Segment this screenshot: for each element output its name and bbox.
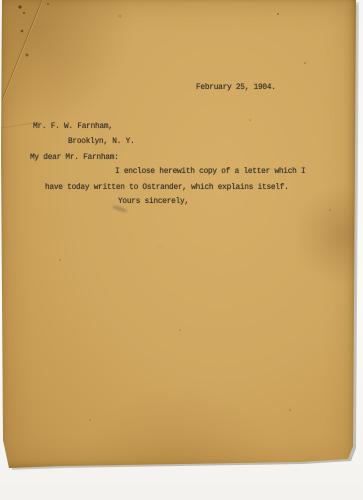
scanned-letter-page: February 25, 1904. Mr. F. W. Farnham, Br… — [0, 0, 363, 500]
salutation: My dear Mr. Farnham: — [30, 154, 119, 162]
paper-texture — [0, 0, 357, 469]
body-line-1: I enclose herewith copy of a letter whic… — [115, 168, 305, 176]
paper-crease — [2, 0, 42, 100]
letter-paper: February 25, 1904. Mr. F. W. Farnham, Br… — [0, 0, 357, 469]
closing: Yours sincerely, — [118, 198, 189, 206]
body-line-2: have today written to Ostrander, which e… — [45, 184, 289, 192]
paper-crease-highlight — [3, 0, 43, 100]
recipient-city: Brooklyn, N. Y. — [68, 138, 134, 146]
paper-speckles — [18, 3, 330, 421]
date-line: February 25, 1904. — [196, 84, 276, 92]
recipient-name: Mr. F. W. Farnham, — [33, 123, 113, 131]
